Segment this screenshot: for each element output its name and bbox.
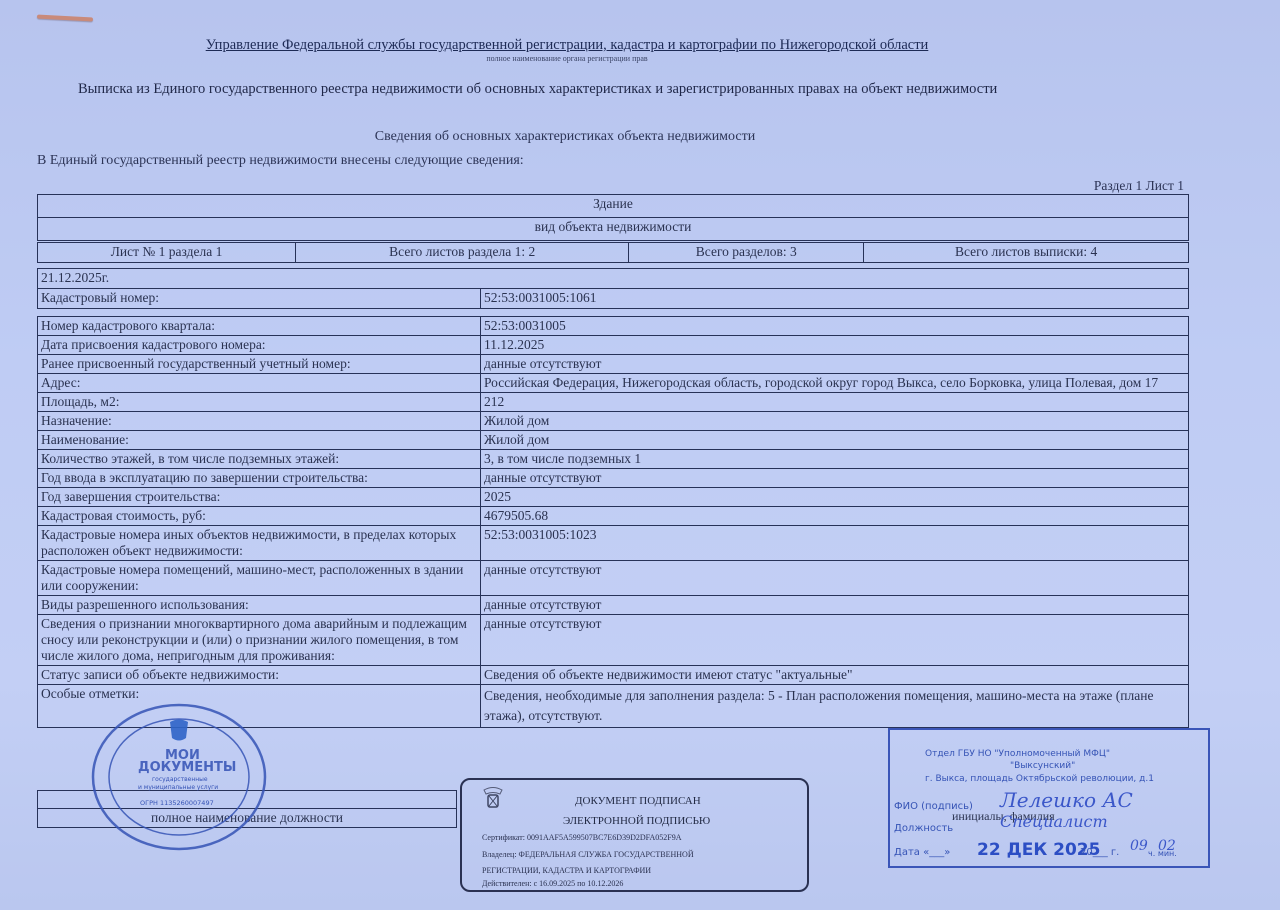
table-row: Кадастровые номера иных объектов недвижи…	[38, 526, 1189, 561]
row-value: 4679505.68	[481, 507, 1189, 526]
certificate-validity: Действителен: с 16.09.2025 по 10.12.2026	[482, 879, 623, 888]
handwritten-hours: 09	[1130, 838, 1148, 854]
table-row: Сведения о признании многоквартирного до…	[38, 615, 1189, 666]
table-row: Кадастровая стоимость, руб:4679505.68	[38, 507, 1189, 526]
stamp-position-label: Должность	[894, 823, 953, 834]
row-label: Площадь, м2:	[38, 393, 481, 412]
section-reference: Раздел 1 Лист 1	[1094, 178, 1184, 194]
total-sections: Всего разделов: 3	[629, 243, 864, 263]
row-label: Кадастровые номера помещений, машино-мес…	[38, 561, 481, 596]
stamp-org-2: "Выксунский"	[1010, 761, 1075, 771]
row-label: Виды разрешенного использования:	[38, 596, 481, 615]
stamp-address: г. Выкса, площадь Октябрьской революции,…	[925, 774, 1154, 784]
table-row: Количество этажей, в том числе подземных…	[38, 450, 1189, 469]
sheet-info-table: Лист № 1 раздела 1 Всего листов раздела …	[37, 242, 1189, 263]
row-value: данные отсутствуют	[481, 469, 1189, 488]
object-type-table: Здание вид объекта недвижимости	[37, 194, 1189, 241]
table-row: Назначение:Жилой дом	[38, 412, 1189, 431]
row-value: 2025	[481, 488, 1189, 507]
certificate-number: Сертификат: 0091AAF5A599507BC7E6D39D2DFA…	[482, 833, 681, 842]
stamp-sub-1: государственные	[152, 776, 208, 783]
stamp-date-suffix: 20___ г.	[1080, 847, 1119, 858]
table-row: Адрес:Российская Федерация, Нижегородска…	[38, 374, 1189, 393]
signed-label: ДОКУМЕНТ ПОДПИСАН	[575, 795, 701, 807]
registration-authority-caption: полное наименование органа регистрации п…	[0, 54, 1134, 63]
date-cadastral-table: 21.12.2025г. Кадастровый номер: 52:53:00…	[37, 268, 1189, 309]
row-value: данные отсутствуют	[481, 596, 1189, 615]
row-label: Адрес:	[38, 374, 481, 393]
row-value: данные отсутствуют	[481, 355, 1189, 374]
cadastral-number-value: 52:53:0031005:1061	[481, 289, 1189, 309]
table-row: Наименование:Жилой дом	[38, 431, 1189, 450]
cadastral-number-label: Кадастровый номер:	[38, 289, 481, 309]
table-row: Кадастровые номера помещений, машино-мес…	[38, 561, 1189, 596]
row-value: 52:53:0031005:1023	[481, 526, 1189, 561]
table-row: Номер кадастрового квартала:52:53:003100…	[38, 317, 1189, 336]
row-label: Год завершения строительства:	[38, 488, 481, 507]
row-value: 52:53:0031005	[481, 317, 1189, 336]
characteristics-table: Номер кадастрового квартала:52:53:003100…	[37, 316, 1189, 728]
row-label: Статус записи об объекте недвижимости:	[38, 666, 481, 685]
shield-logo-icon	[170, 720, 188, 741]
row-value: Сведения об объекте недвижимости имеют с…	[481, 666, 1189, 685]
document-title: Выписка из Единого государственного реес…	[78, 81, 997, 98]
row-label: Дата присвоения кадастрового номера:	[38, 336, 481, 355]
sheet-number: Лист № 1 раздела 1	[38, 243, 296, 263]
row-label: Наименование:	[38, 431, 481, 450]
row-value: данные отсутствуют	[481, 615, 1189, 666]
row-label: Ранее присвоенный государственный учетны…	[38, 355, 481, 374]
row-label: Кадастровые номера иных объектов недвижи…	[38, 526, 481, 561]
pen-mark	[37, 15, 93, 22]
coat-of-arms-icon	[478, 784, 508, 814]
certificate-owner-2: РЕГИСТРАЦИИ, КАДАСТРА И КАРТОГРАФИИ	[482, 866, 651, 875]
sheets-in-section: Всего листов раздела 1: 2	[296, 243, 629, 263]
table-row: Площадь, м2:212	[38, 393, 1189, 412]
table-row: Ранее присвоенный государственный учетны…	[38, 355, 1189, 374]
row-value: Жилой дом	[481, 412, 1189, 431]
stamp-brand-2: ДОКУМЕНТЫ	[138, 760, 236, 775]
electronic-signature-label: ЭЛЕКТРОННОЙ ПОДПИСЬЮ	[563, 815, 710, 827]
stamp-org-1: Отдел ГБУ НО "Уполномоченный МФЦ"	[925, 749, 1110, 759]
stamp-date-label: Дата «___»	[894, 847, 950, 858]
row-value: 3, в том числе подземных 1	[481, 450, 1189, 469]
stamp-ogrn: ОГРН 1135260007497	[140, 799, 214, 807]
total-sheets: Всего листов выписки: 4	[864, 243, 1189, 263]
table-row: Год ввода в эксплуатацию по завершении с…	[38, 469, 1189, 488]
object-type: Здание	[38, 195, 1189, 218]
row-label: Назначение:	[38, 412, 481, 431]
certificate-owner-1: Владелец: ФЕДЕРАЛЬНАЯ СЛУЖБА ГОСУДАРСТВЕ…	[482, 850, 694, 859]
row-label: Сведения о признании многоквартирного до…	[38, 615, 481, 666]
table-row: Дата присвоения кадастрового номера:11.1…	[38, 336, 1189, 355]
row-value: Сведения, необходимые для заполнения раз…	[481, 685, 1189, 728]
row-label: Количество этажей, в том числе подземных…	[38, 450, 481, 469]
extract-date: 21.12.2025г.	[38, 269, 1189, 289]
handwritten-position: Специалист	[1000, 812, 1108, 831]
intro-text: В Единый государственный реестр недвижим…	[37, 153, 524, 169]
stamp-time-suffix: ч. мин.	[1148, 849, 1177, 858]
table-row: Виды разрешенного использования:данные о…	[38, 596, 1189, 615]
row-value: 212	[481, 393, 1189, 412]
row-value: 11.12.2025	[481, 336, 1189, 355]
row-value: Жилой дом	[481, 431, 1189, 450]
section-title: Сведения об основных характеристиках объ…	[0, 129, 1130, 145]
table-row: Статус записи об объекте недвижимости:Св…	[38, 666, 1189, 685]
row-value: Российская Федерация, Нижегородская обла…	[481, 374, 1189, 393]
object-type-caption: вид объекта недвижимости	[38, 218, 1189, 241]
row-value: данные отсутствуют	[481, 561, 1189, 596]
table-row: Год завершения строительства:2025	[38, 488, 1189, 507]
row-label: Номер кадастрового квартала:	[38, 317, 481, 336]
row-label: Кадастровая стоимость, руб:	[38, 507, 481, 526]
stamp-sub-2: и муниципальные услуги	[138, 784, 218, 791]
registration-authority-name: Управление Федеральной службы государств…	[0, 37, 1134, 54]
row-label: Год ввода в эксплуатацию по завершении с…	[38, 469, 481, 488]
